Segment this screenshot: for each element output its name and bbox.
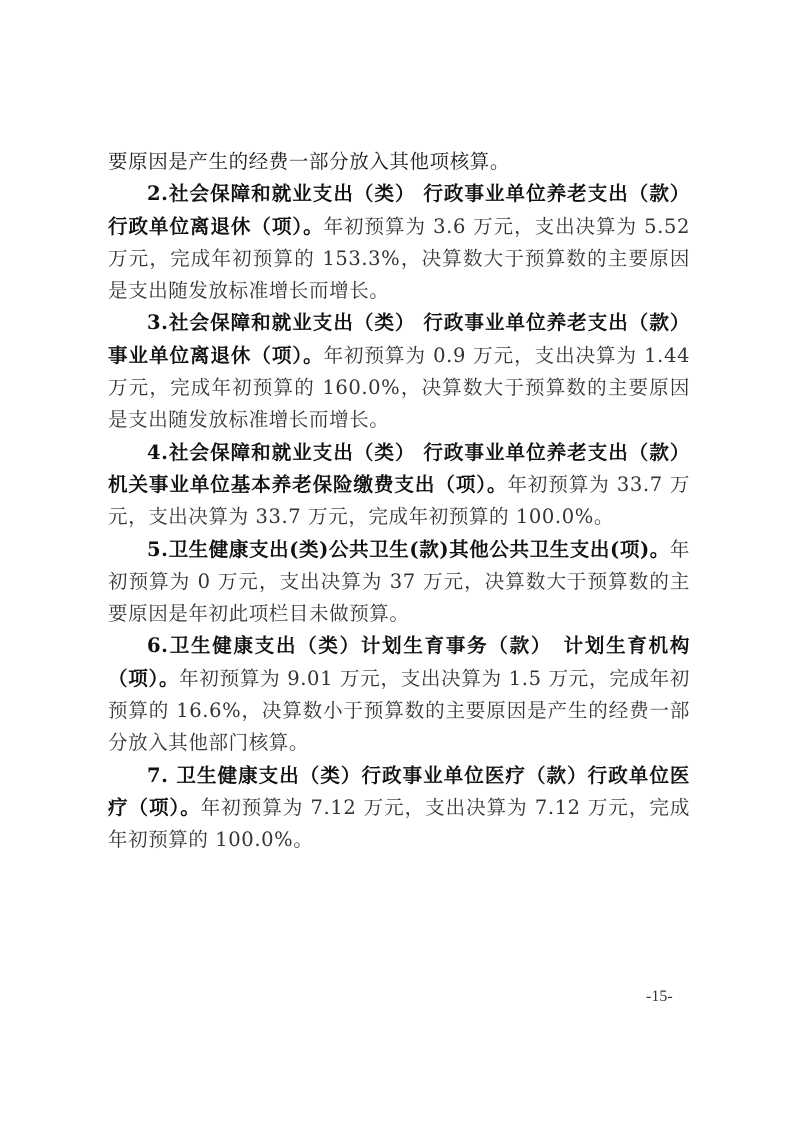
budget-item-4: 4.社会保障和就业支出（类） 行政事业单位养老支出（款）机关事业单位基本养老保险… xyxy=(108,437,690,534)
budget-item-3: 3.社会保障和就业支出（类） 行政事业单位养老支出（款）事业单位离退休（项）。年… xyxy=(108,307,690,436)
continuation-paragraph: 要原因是产生的经费一部分放入其他项核算。 xyxy=(108,146,690,178)
budget-item-7: 7. 卫生健康支出（类）行政事业单位医疗（款）行政单位医疗（项）。年初预算为 7… xyxy=(108,760,690,857)
budget-item-5: 5.卫生健康支出(类)公共卫生(款)其他公共卫生支出(项)。年初预算为 0 万元… xyxy=(108,534,690,631)
budget-item-6: 6.卫生健康支出（类）计划生育事务（款） 计划生育机构（项）。年初预算为 9.0… xyxy=(108,630,690,759)
document-page: 要原因是产生的经费一部分放入其他项核算。 2.社会保障和就业支出（类） 行政事业… xyxy=(108,146,690,857)
budget-item-2: 2.社会保障和就业支出（类） 行政事业单位养老支出（款）行政单位离退休（项）。年… xyxy=(108,178,690,307)
item-heading: 5.卫生健康支出(类)公共卫生(款)其他公共卫生支出(项)。 xyxy=(147,538,670,561)
page-number: -15- xyxy=(646,988,673,1006)
item-body: 年初预算为 9.01 万元，支出决算为 1.5 万元，完成年初预算的 16.6%… xyxy=(108,667,690,755)
